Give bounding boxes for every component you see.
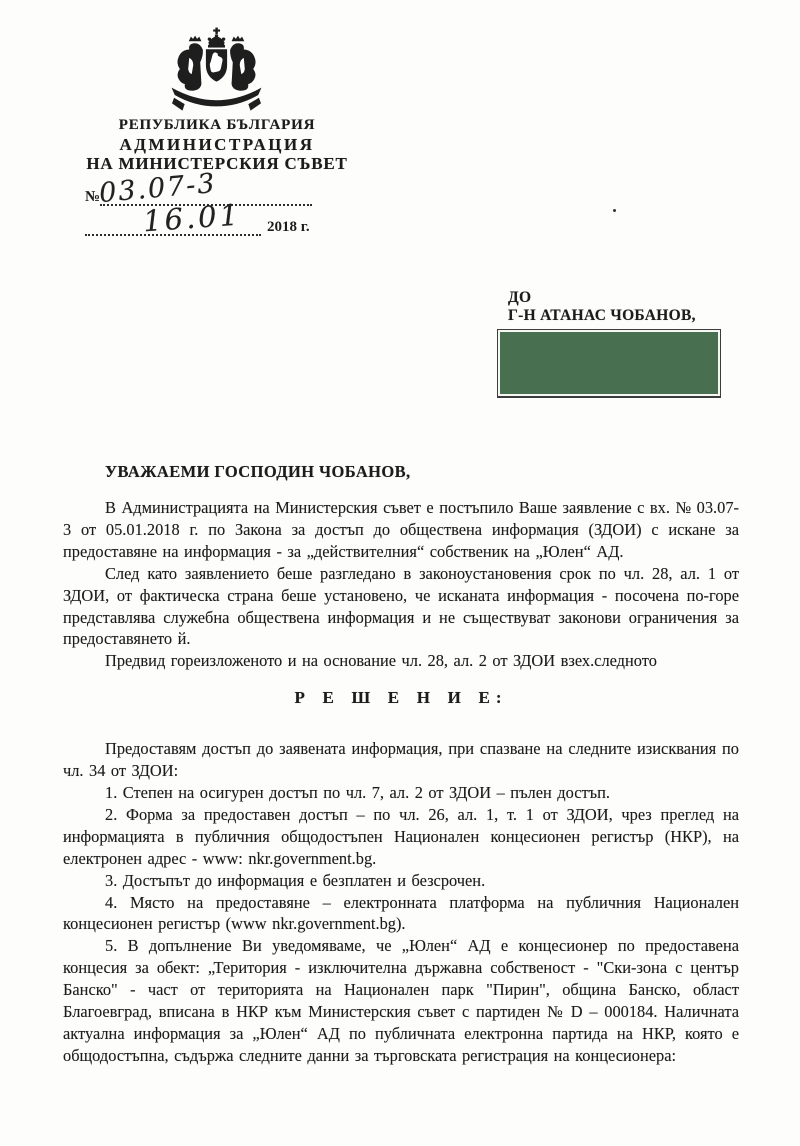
paragraph-intro: В Администрацията на Министерския съвет …: [63, 497, 739, 563]
letter-body: В Администрацията на Министерския съвет …: [63, 497, 739, 1067]
recipient-name: Г-Н АТАНАС ЧОБАНОВ,: [508, 307, 696, 325]
decision-heading: Р Е Ш Е Н И Е:: [63, 687, 739, 709]
paragraph-review: След като заявлението беше разгледано в …: [63, 563, 739, 651]
year-label: 2018 г.: [267, 219, 310, 235]
scan-speck: [613, 209, 616, 212]
reference-number-line: № 03.07-3: [85, 188, 325, 208]
decision-item-4: 4. Място на предоставяне – електронната …: [63, 892, 739, 936]
recipient-to-label: ДО: [508, 289, 696, 307]
redaction-box: [497, 329, 721, 398]
decision-item-1: 1. Степен на осигурен достъп по чл. 7, а…: [63, 782, 739, 804]
dotted-leader: [85, 222, 261, 236]
number-symbol: №: [85, 189, 100, 205]
letterhead-council-of-ministers: НА МИНИСТЕРСКИЯ СЪВЕТ: [60, 154, 374, 174]
letterhead-republic: РЕПУБЛИКА БЪЛГАРИЯ: [60, 117, 374, 134]
salutation: УВАЖАЕМИ ГОСПОДИН ЧОБАНОВ,: [105, 462, 411, 482]
date-line: 2018 г. 16.01: [85, 218, 325, 238]
redaction-fill: [500, 332, 718, 394]
dotted-leader: [100, 192, 312, 206]
decision-item-3: 3. Достъпът до информация е безплатен и …: [63, 870, 739, 892]
paragraph-decision-intro: Предоставям достъп до заявената информац…: [63, 738, 739, 782]
decision-item-5: 5. В допълнение Ви уведомяваме, че „Юлен…: [63, 935, 739, 1066]
letterhead-administration: АДМИНИСТРАЦИЯ: [60, 135, 374, 155]
recipient-block: ДО Г-Н АТАНАС ЧОБАНОВ,: [508, 289, 696, 324]
paragraph-grounds: Предвид гореизложеното и на основание чл…: [63, 650, 739, 672]
scanned-letter-page: РЕПУБЛИКА БЪЛГАРИЯ АДМИНИСТРАЦИЯ НА МИНИ…: [0, 0, 800, 1146]
coat-of-arms-icon: [168, 27, 265, 115]
decision-item-2: 2. Форма за предоставен достъп – по чл. …: [63, 804, 739, 870]
